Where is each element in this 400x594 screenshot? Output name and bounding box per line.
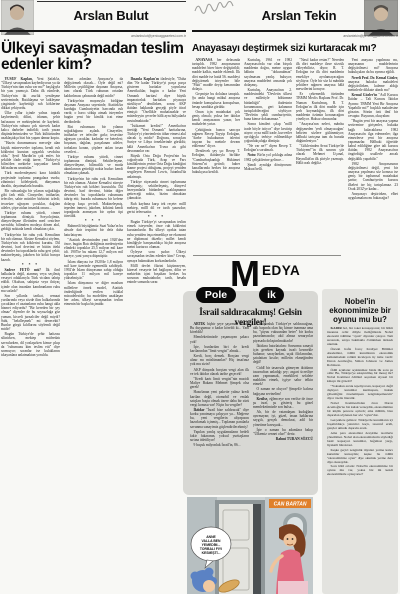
cartoon-image: ANNE VALLA BEN YEMEDİM... TORBALI FIYI K… — [187, 497, 313, 594]
speech-line-5: KESMİŞTİ... — [202, 551, 221, 555]
left-author-email[interactable]: arslanbulut@yenicaggazetesi.com.tr — [80, 34, 186, 38]
left-article-column-1: YUSUF Kaplan, Yeni Şafak'ta, "Ülkeyi sav… — [1, 77, 60, 593]
medya-logo-m: M — [230, 256, 259, 292]
left-article-headline: Ülkeyi savaşmadan teslim edenler kim? — [1, 41, 186, 74]
right-author-name: Arslan Tekin — [238, 8, 360, 23]
left-author-name: Arslan Bulut — [36, 8, 186, 23]
left-header-top-rule — [37, 1, 186, 2]
left-article-column-2: Son adımları Anayasa'yı da değiştirmek o… — [64, 77, 123, 593]
right-author-email[interactable]: arslantekin@yenicaggazetesi.com.tr — [300, 34, 398, 38]
left-article-column-3: İhsanla Kaplan'ın ifadesiyle, "Daha dün … — [127, 77, 186, 593]
left-header-rule — [0, 30, 186, 32]
right-article-column-4: Yeni anayasa yapılması mı, anayasanın ma… — [348, 58, 398, 270]
cartoonist-signature: CAN BARTAN — [274, 502, 307, 508]
medya-column-2: ...milyonluk Türkiye'ye saldıracağına, a… — [253, 322, 313, 492]
medya-column-1: ARTIK hiçbir şeye şaşırmaz olduk! Bu duy… — [190, 322, 249, 492]
right-article-column-1: ANAYASA her defasında tartışıldı. 1982 a… — [192, 58, 240, 254]
handwriting-squiggle-icon — [193, 1, 235, 20]
right-article-bottom-rule — [193, 255, 341, 256]
nobel-headline: Nobel'in ekonomimize bir oyunu mu bu? — [324, 297, 396, 325]
newspaper-page: Arslan Bulut arslanbulut@yenicaggazetesi… — [0, 0, 400, 594]
editorial-cartoon: ANNE VALLA BEN YEMEDİM... TORBALI FIYI K… — [187, 497, 313, 594]
right-article-column-2: Kurtuluş, 1961 ve 1982 Anayasası'nda var… — [244, 58, 292, 254]
nobel-column-text: KADİR bol, biz roket konuşuyoruz; bir bi… — [327, 327, 393, 589]
right-header-rule — [192, 30, 398, 32]
medya-logo-ik: ik — [259, 287, 284, 303]
right-article-column-3: "Nasıl kadar resim?" Nereden ilk dört ma… — [296, 58, 344, 254]
medya-logo-edya: EDYA — [262, 263, 300, 278]
right-article-headline: Anayasayı deştirmek sizi kurtaracak mı? — [192, 43, 398, 54]
